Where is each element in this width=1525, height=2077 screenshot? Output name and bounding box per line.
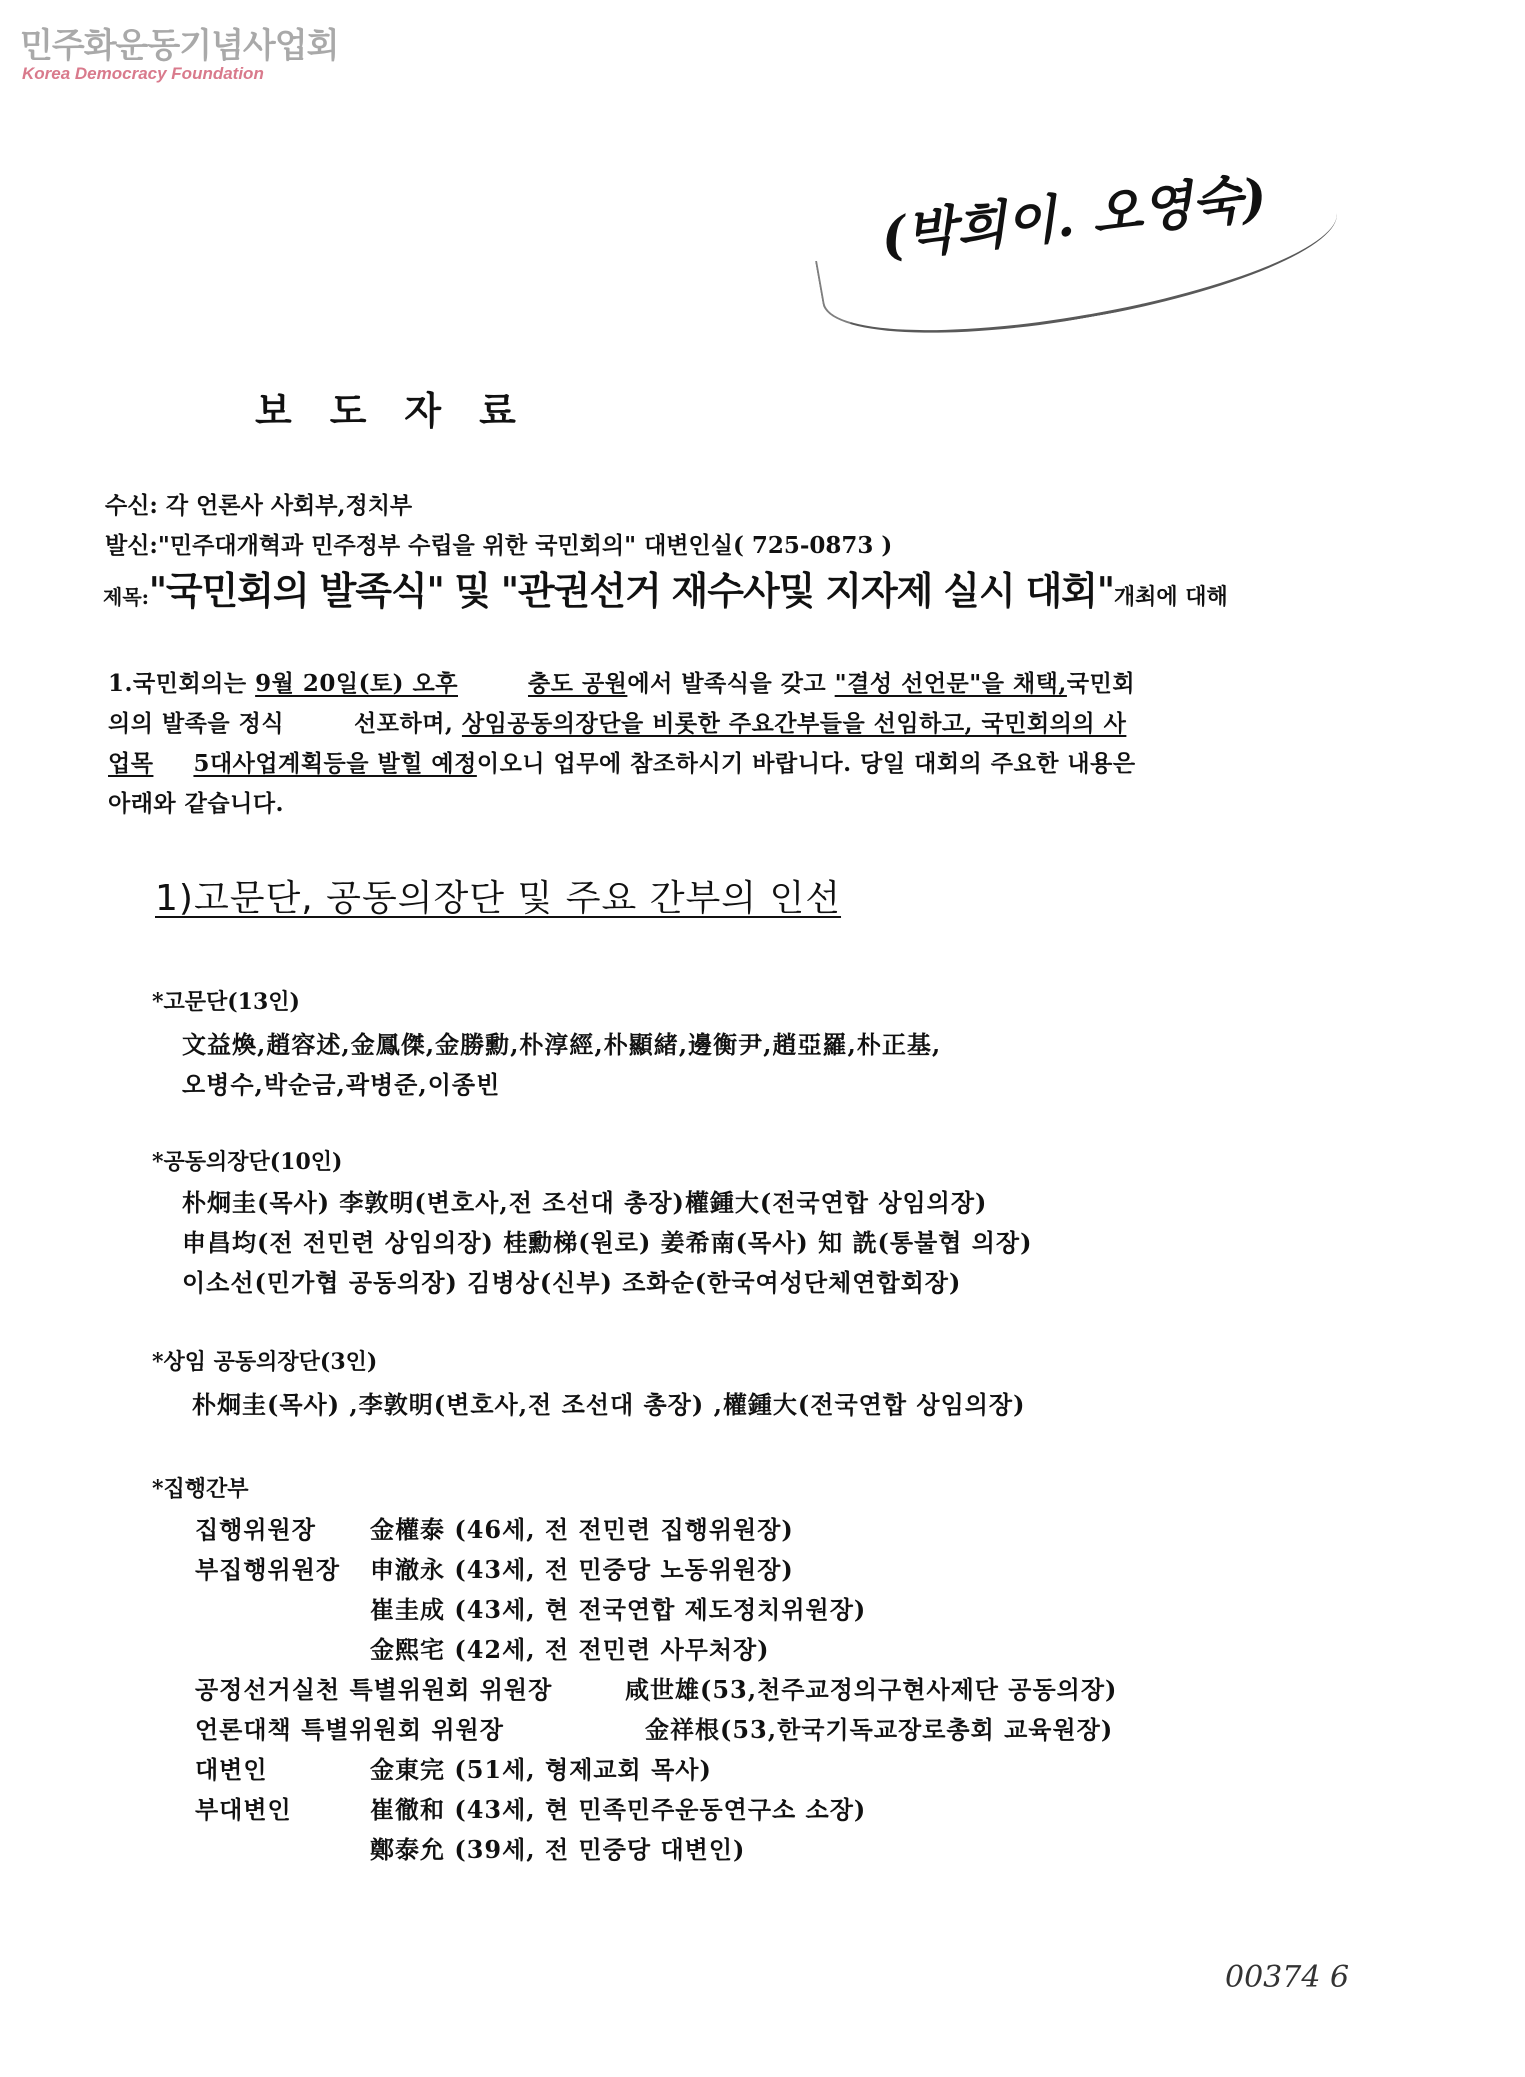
exec-role: 언론대책 특별위원회 위원장 [195,1710,645,1745]
para-text: 에서 발족식을 갖고 [627,670,834,697]
exec-person: 崔徹和 (43세, 현 민족민주운동연구소 소장) [370,1795,866,1824]
standing-co-chairs-heading: *상임 공동의장단(3인) [152,1345,377,1376]
exec-role: 부집행위원장 [195,1550,370,1585]
exec-person: 金權泰 (46세, 전 전민련 집행위원장) [370,1515,794,1544]
advisors-line-1: 文益煥,趙容述,金鳳傑,金勝勳,朴淳經,朴顯緒,邊衡尹,趙亞羅,朴正基, [182,1025,941,1060]
exec-row: 鄭泰允 (39세, 전 민중당 대변인) [370,1830,745,1865]
exec-role: 대변인 [195,1750,370,1785]
recipient-line: 수신: 각 언론사 사회부,정치부 [105,487,412,520]
para-text: 1.국민회의는 [108,670,255,697]
para-underlined-date: 9월 20일(토) 오후 [255,670,458,697]
exec-row: 부대변인崔徹和 (43세, 현 민족민주운동연구소 소장) [195,1790,866,1825]
exec-person: 鄭泰允 (39세, 전 민중당 대변인) [370,1835,745,1864]
subject-tail: 개최에 대해 [1114,584,1228,610]
document-title: 보도자료 [255,380,554,435]
standing-co-chairs-line-1: 朴炯圭(목사) ,李敦明(변호사,전 조선대 총장) ,權鍾大(전국연합 상임의… [192,1385,1025,1420]
co-chairs-line-1: 朴炯圭(목사) 李敦明(변호사,전 조선대 총장)權鍾大(전국연합 상임의장) [182,1183,987,1218]
subject-line: 제목:"국민회의 발족식" 및 "관권선거 재수사및 지자제 실시 대회"개최에… [103,560,1228,615]
exec-row: 崔圭成 (43세, 현 전국연합 제도정치위원장) [370,1590,866,1625]
para-underlined-plans: 5대사업계획등을 발힐 예정 [193,750,476,777]
exec-person: 咸世雄(53,천주교정의구현사제단 공동의장) [625,1675,1117,1704]
subject-label: 제목: [103,585,149,609]
archive-number-stamp: 00374 6 [1225,1960,1349,1995]
advisors-line-2: 오병수,박순금,곽병준,이종빈 [182,1065,500,1100]
para-underlined-declaration: "결성 선언문"을 채택, [835,670,1067,697]
exec-person: 申澈永 (43세, 전 민중당 노동위원장) [370,1555,794,1584]
sender-line: 발신:"민주대개혁과 민주정부 수립을 위한 국민회의" 대변인실( 725-0… [105,527,892,560]
exec-role: 부대변인 [195,1790,370,1825]
foundation-logo-korean: 민주화운동기념사업회 [20,18,338,67]
exec-role: 집행위원장 [195,1510,370,1545]
section-heading-appointments: 1)고문단, 공동의장단 및 주요 간부의 인선 [155,870,841,921]
co-chairs-line-3: 이소선(민가협 공동의장) 김병상(신부) 조화순(한국여성단체연합회장) [182,1263,961,1298]
foundation-logo-english: Korea Democracy Foundation [22,64,264,84]
para-underlined-venue: 충도 공원 [528,670,627,697]
subject-main: "국민회의 발족식" 및 "관권선거 재수사및 지자제 실시 대회" [149,569,1114,613]
co-chairs-heading: *공동의장단(10인) [152,1145,342,1176]
exec-row: 金熙宅 (42세, 전 전민련 사무처장) [370,1630,770,1665]
exec-row: 부집행위원장申澈永 (43세, 전 민중당 노동위원장) [195,1550,794,1585]
exec-row: 대변인金東完 (51세, 형제교회 목사) [195,1750,712,1785]
exec-row: 공정선거실천 특별위원회 위원장咸世雄(53,천주교정의구현사제단 공동의장) [195,1670,1117,1705]
body-paragraph-1: 1.국민회의는 9월 20일(토) 오후충도 공원에서 발족식을 갖고 "결성 … [108,664,1148,824]
advisors-heading: *고문단(13인) [152,985,300,1016]
exec-person: 金祥根(53,한국기독교장로총회 교육원장) [645,1715,1113,1744]
exec-row: 집행위원장金權泰 (46세, 전 전민련 집행위원장) [195,1510,794,1545]
exec-person: 金東完 (51세, 형제교회 목사) [370,1755,712,1784]
exec-row: 언론대책 특별위원회 위원장金祥根(53,한국기독교장로총회 교육원장) [195,1710,1113,1745]
executives-heading: *집행간부 [152,1472,249,1503]
exec-role: 공정선거실천 특별위원회 위원장 [195,1670,625,1705]
exec-person: 崔圭成 (43세, 현 전국연합 제도정치위원장) [370,1595,866,1624]
exec-person: 金熙宅 (42세, 전 전민련 사무처장) [370,1635,770,1664]
para-text: 선포하며, [354,710,462,737]
co-chairs-line-2: 申昌均(전 전민련 상임의장) 桂勳梯(원로) 姜希南(목사) 知 詵(통불협 … [182,1223,1032,1258]
